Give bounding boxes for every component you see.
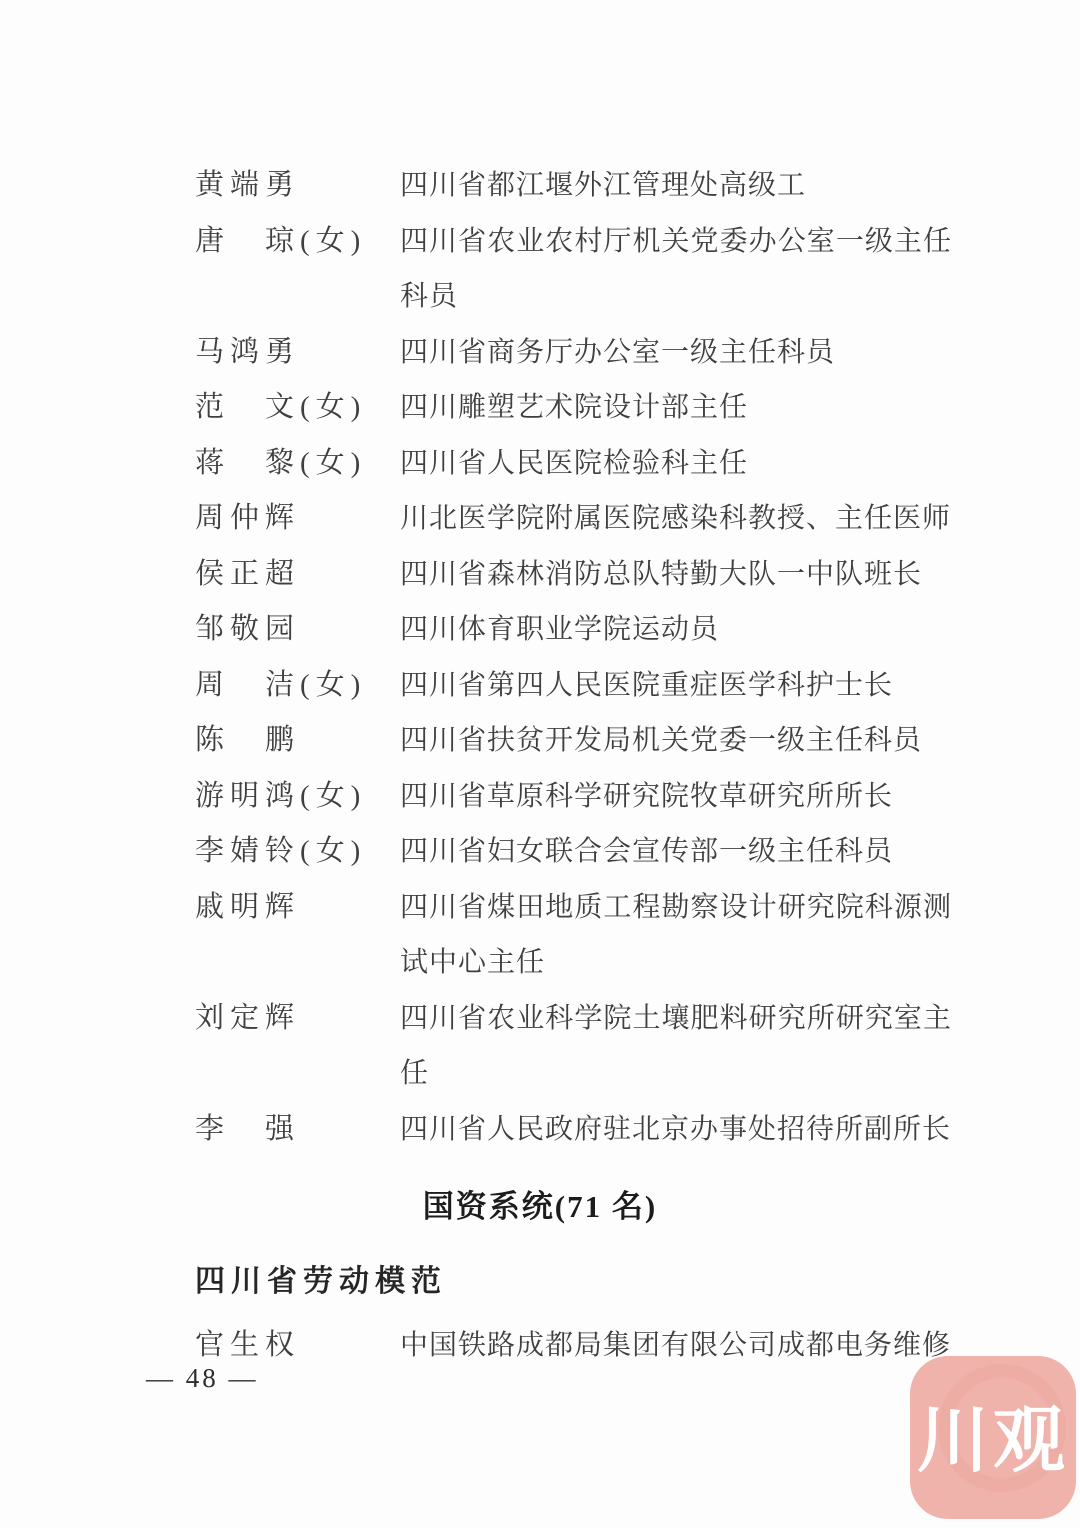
roster-row: 戚明辉 四川省煤田地质工程勘察设计研究院科源测试中心主任 (195, 880, 955, 991)
recipient-position: 中国铁路成都局集团有限公司成都电务维修 (400, 1318, 952, 1373)
roster-row: 范 文(女) 四川雕塑艺术院设计部主任 (195, 380, 955, 436)
award-recipient-list: 黄端勇 四川省都江堰外江管理处高级工 唐 琼(女) 四川省农业农村厅机关党委办公… (195, 158, 955, 1157)
roster-row: 黄端勇 四川省都江堰外江管理处高级工 (195, 158, 955, 214)
chuanguan-logo-text: 川观 (917, 1399, 1069, 1477)
recipient-name: 周仲辉 (195, 491, 400, 547)
roster-row: 李婧铃(女) 四川省妇女联合会宣传部一级主任科员 (195, 824, 955, 880)
section-heading-guozi-system: 国资系统(71 名) (0, 1181, 1080, 1233)
roster-row: 刘定辉 四川省农业科学院土壤肥料研究所研究室主任 (195, 991, 955, 1102)
recipient-name: 游明鸿(女) (195, 769, 400, 825)
recipient-name: 陈 鹏 (195, 713, 400, 769)
recipient-position: 四川雕塑艺术院设计部主任 (400, 380, 952, 436)
roster-row: 周 洁(女) 四川省第四人民医院重症医学科护士长 (195, 658, 955, 714)
document-page: 黄端勇 四川省都江堰外江管理处高级工 唐 琼(女) 四川省农业农村厅机关党委办公… (0, 0, 1080, 1528)
page-number: — 48 — (146, 1360, 259, 1396)
recipient-position: 四川省森林消防总队特勤大队一中队班长 (400, 547, 952, 603)
recipient-name: 李 强 (195, 1102, 400, 1158)
recipient-name: 李婧铃(女) (195, 824, 400, 880)
recipient-position: 四川省农业科学院土壤肥料研究所研究室主任 (400, 991, 952, 1102)
roster-row: 马鸿勇 四川省商务厅办公室一级主任科员 (195, 325, 955, 381)
recipient-position: 川北医学院附属医院感染科教授、主任医师 (400, 491, 952, 547)
roster-row: 游明鸿(女) 四川省草原科学研究院牧草研究所所长 (195, 769, 955, 825)
recipient-position: 四川省第四人民医院重症医学科护士长 (400, 658, 952, 714)
recipient-name: 黄端勇 (195, 158, 400, 214)
recipient-name: 范 文(女) (195, 380, 400, 436)
subsection-heading-labor-model: 四川省劳动模范 (195, 1256, 447, 1308)
recipient-position: 四川省农业农村厅机关党委办公室一级主任科员 (400, 214, 952, 325)
recipient-position: 四川省人民医院检验科主任 (400, 436, 952, 492)
recipient-name: 邹敬园 (195, 602, 400, 658)
section-recipient-list: 官生权 中国铁路成都局集团有限公司成都电务维修 (195, 1318, 955, 1373)
recipient-name: 戚明辉 (195, 880, 400, 936)
recipient-position: 四川省都江堰外江管理处高级工 (400, 158, 952, 214)
chuanguan-news-logo: 川观 (910, 1356, 1076, 1519)
recipient-name: 刘定辉 (195, 991, 400, 1047)
recipient-name: 侯正超 (195, 547, 400, 603)
recipient-position: 四川省扶贫开发局机关党委一级主任科员 (400, 713, 952, 769)
recipient-position: 四川省妇女联合会宣传部一级主任科员 (400, 824, 952, 880)
recipient-position: 四川省人民政府驻北京办事处招待所副所长 (400, 1102, 952, 1158)
roster-row: 蒋 黎(女) 四川省人民医院检验科主任 (195, 436, 955, 492)
roster-row: 邹敬园 四川体育职业学院运动员 (195, 602, 955, 658)
roster-row: 周仲辉 川北医学院附属医院感染科教授、主任医师 (195, 491, 955, 547)
roster-row: 官生权 中国铁路成都局集团有限公司成都电务维修 (195, 1318, 955, 1373)
recipient-name: 马鸿勇 (195, 325, 400, 381)
roster-row: 唐 琼(女) 四川省农业农村厅机关党委办公室一级主任科员 (195, 214, 955, 325)
recipient-position: 四川体育职业学院运动员 (400, 602, 952, 658)
recipient-position: 四川省煤田地质工程勘察设计研究院科源测试中心主任 (400, 880, 952, 991)
recipient-name: 蒋 黎(女) (195, 436, 400, 492)
recipient-position: 四川省商务厅办公室一级主任科员 (400, 325, 952, 381)
recipient-name: 唐 琼(女) (195, 214, 400, 270)
roster-row: 侯正超 四川省森林消防总队特勤大队一中队班长 (195, 547, 955, 603)
recipient-position: 四川省草原科学研究院牧草研究所所长 (400, 769, 952, 825)
recipient-name: 周 洁(女) (195, 658, 400, 714)
roster-row: 陈 鹏 四川省扶贫开发局机关党委一级主任科员 (195, 713, 955, 769)
roster-row: 李 强 四川省人民政府驻北京办事处招待所副所长 (195, 1102, 955, 1158)
